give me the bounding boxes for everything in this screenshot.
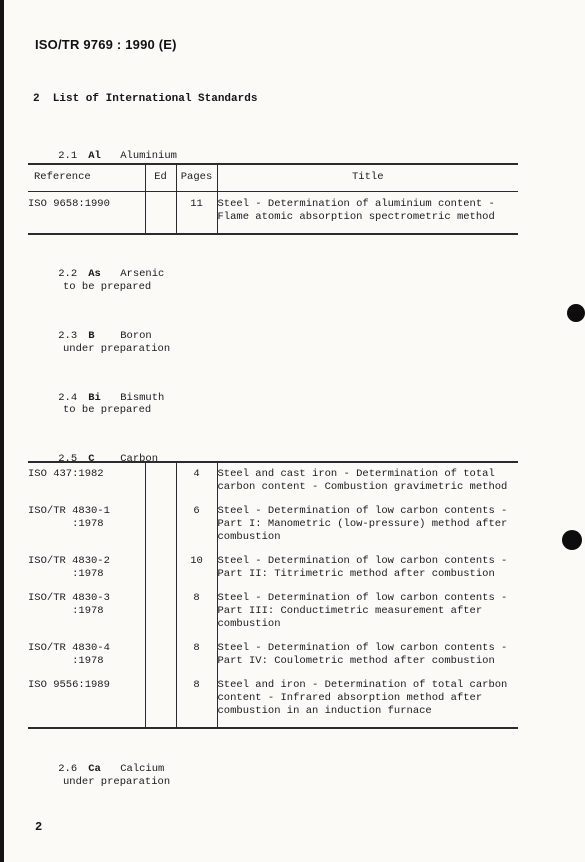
table-header-row: Reference Ed Pages Title <box>28 164 518 192</box>
element-symbol: Al <box>88 150 108 163</box>
table-row: ISO 437:1982 4 Steel and cast iron - Det… <box>28 462 518 494</box>
standard-pages: 4 <box>176 462 217 494</box>
element-name: Calcium <box>120 763 164 775</box>
chapter-heading: 2 List of International Standards <box>33 93 257 106</box>
section-number: 2.2 <box>58 268 88 281</box>
element-name: Boron <box>120 330 152 342</box>
standard-edition <box>145 494 176 544</box>
element-symbol: Ca <box>88 763 108 776</box>
section-status-boron: under preparation <box>63 343 170 356</box>
carbon-standards-table: ISO 437:1982 4 Steel and cast iron - Det… <box>28 461 518 729</box>
document-reference-header: ISO/TR 9769 : 1990 (E) <box>35 37 177 52</box>
section-number: 2.1 <box>58 150 88 163</box>
standard-reference: ISO 9658:1990 <box>28 192 145 235</box>
standard-edition <box>145 462 176 494</box>
standard-reference: ISO/TR 4830-4 :1978 <box>28 631 145 668</box>
standard-pages: 8 <box>176 668 217 728</box>
table-row: ISO/TR 4830-2 :1978 10 Steel - Determina… <box>28 544 518 581</box>
table-row: ISO/TR 4830-4 :1978 8 Steel - Determinat… <box>28 631 518 668</box>
element-symbol: B <box>88 330 108 343</box>
column-header-reference: Reference <box>28 164 145 192</box>
element-name: Bismuth <box>120 392 164 404</box>
element-name: Arsenic <box>120 268 164 280</box>
element-symbol: As <box>88 268 108 281</box>
standard-pages: 10 <box>176 544 217 581</box>
table-row: ISO 9658:1990 11 Steel - Determination o… <box>28 192 518 235</box>
section-status-bismuth: to be prepared <box>63 404 151 417</box>
registration-dot-top <box>567 304 585 322</box>
section-status-arsenic: to be prepared <box>63 281 151 294</box>
table-row: ISO/TR 4830-3 :1978 8 Steel - Determinat… <box>28 581 518 631</box>
registration-dot-bottom <box>562 530 582 550</box>
standard-edition <box>145 631 176 668</box>
standard-reference: ISO 9556:1989 <box>28 668 145 728</box>
standard-pages: 11 <box>176 192 217 235</box>
column-header-pages: Pages <box>176 164 217 192</box>
column-header-title: Title <box>217 164 518 192</box>
aluminium-standards-table: Reference Ed Pages Title ISO 9658:1990 1… <box>28 163 518 235</box>
standard-title: Steel and iron - Determination of total … <box>217 668 518 728</box>
standard-reference: ISO/TR 4830-1 :1978 <box>28 494 145 544</box>
page-number: 2 <box>35 820 42 834</box>
table-row: ISO/TR 4830-1 :1978 6 Steel - Determinat… <box>28 494 518 544</box>
standard-reference: ISO/TR 4830-2 :1978 <box>28 544 145 581</box>
standard-reference: ISO 437:1982 <box>28 462 145 494</box>
standard-title: Steel - Determination of aluminium conte… <box>217 192 518 235</box>
standard-pages: 8 <box>176 581 217 631</box>
section-status-calcium: under preparation <box>63 776 170 789</box>
element-name: Aluminium <box>120 150 177 162</box>
scan-edge-bar <box>0 0 4 862</box>
standard-title: Steel - Determination of low carbon cont… <box>217 544 518 581</box>
standard-pages: 8 <box>176 631 217 668</box>
standard-reference: ISO/TR 4830-3 :1978 <box>28 581 145 631</box>
column-header-ed: Ed <box>145 164 176 192</box>
standard-title: Steel - Determination of low carbon cont… <box>217 631 518 668</box>
standard-edition <box>145 581 176 631</box>
standard-pages: 6 <box>176 494 217 544</box>
section-number: 2.6 <box>58 763 88 776</box>
section-number: 2.3 <box>58 330 88 343</box>
standard-edition <box>145 192 176 235</box>
standard-title: Steel - Determination of low carbon cont… <box>217 494 518 544</box>
standard-title: Steel - Determination of low carbon cont… <box>217 581 518 631</box>
table-row: ISO 9556:1989 8 Steel and iron - Determi… <box>28 668 518 728</box>
standard-edition <box>145 668 176 728</box>
document-page: ISO/TR 9769 : 1990 (E) 2 List of Interna… <box>0 0 585 862</box>
standard-edition <box>145 544 176 581</box>
standard-title: Steel and cast iron - Determination of t… <box>217 462 518 494</box>
